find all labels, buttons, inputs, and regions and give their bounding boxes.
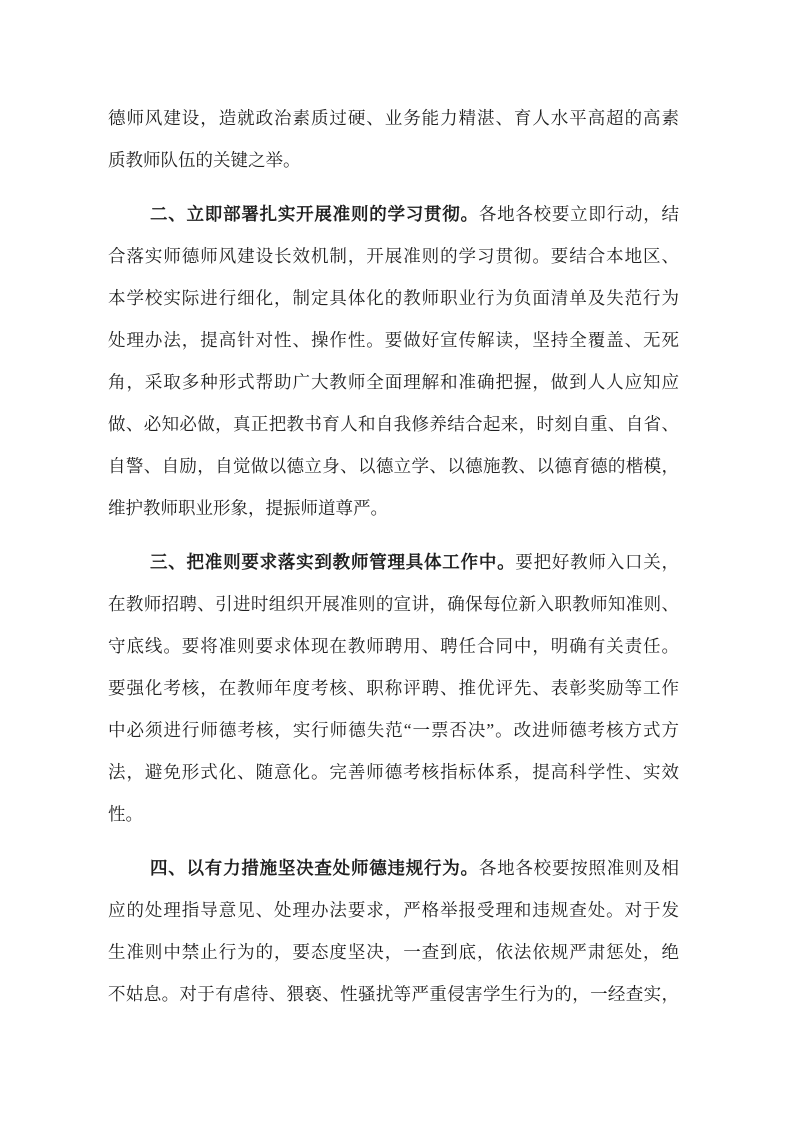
section-heading: 四、以有力措施坚决查处师德违规行为。: [150, 858, 479, 878]
section-lead-line: 二、立即部署扎实开展准则的学习贯彻。各地各校要立即行动，结: [108, 193, 679, 235]
text-line: 处理办法，提高针对性、操作性。要做好宣传解读，坚持全覆盖、无死: [108, 319, 679, 361]
paragraph-section-4: 四、以有力措施坚决查处师德违规行为。各地各校要按照准则及相 应的处理指导意见、处…: [108, 847, 679, 1015]
text-line: 中必须进行师德考核，实行师德失范“一票否决”。改进师德考核方式方: [108, 709, 679, 751]
text-line: 守底线。要将准则要求体现在教师聘用、聘任合同中，明确有关责任。: [108, 625, 679, 667]
section-lead-line: 四、以有力措施坚决查处师德违规行为。各地各校要按照准则及相: [108, 847, 679, 889]
text-line: 做、必知必做，真正把教书育人和自我修养结合起来，时刻自重、自省、: [108, 403, 679, 445]
text-line: 质教师队伍的关键之举。: [108, 139, 679, 181]
text-line: 生准则中禁止行为的，要态度坚决，一查到底，依法依规严肃惩处，绝: [108, 931, 679, 973]
text-line: 合落实师德师风建设长效机制，开展准则的学习贯彻。要结合本地区、: [108, 235, 679, 277]
text-line: 自警、自励，自觉做以德立身、以德立学、以德施教、以德育德的楷模，: [108, 445, 679, 487]
section-lead-text: 各地各校要立即行动，结: [479, 204, 679, 224]
text-line: 性。: [108, 793, 679, 835]
text-line: 不姑息。对于有虐待、猥亵、性骚扰等严重侵害学生行为的，一经查实，: [108, 973, 679, 1015]
paragraph-continuation: 德师风建设，造就政治素质过硬、业务能力精湛、育人水平高超的高素 质教师队伍的关键…: [108, 97, 679, 181]
text-line: 本学校实际进行细化，制定具体化的教师职业行为负面清单及失范行为: [108, 277, 679, 319]
section-lead-text: 要把好教师入口关，: [515, 552, 679, 572]
text-line: 德师风建设，造就政治素质过硬、业务能力精湛、育人水平高超的高素: [108, 97, 679, 139]
text-line: 法，避免形式化、随意化。完善师德考核指标体系，提高科学性、实效: [108, 751, 679, 793]
text-line: 在教师招聘、引进时组织开展准则的宣讲，确保每位新入职教师知准则、: [108, 583, 679, 625]
section-heading: 三、把准则要求落实到教师管理具体工作中。: [150, 552, 515, 572]
text-line: 应的处理指导意见、处理办法要求，严格举报受理和违规查处。对于发: [108, 889, 679, 931]
section-lead-line: 三、把准则要求落实到教师管理具体工作中。要把好教师入口关，: [108, 541, 679, 583]
section-lead-text: 各地各校要按照准则及相: [479, 858, 679, 878]
text-line: 维护教师职业形象，提振师道尊严。: [108, 487, 679, 529]
text-line: 要强化考核，在教师年度考核、职称评聘、推优评先、表彰奖励等工作: [108, 667, 679, 709]
document-page: 德师风建设，造就政治素质过硬、业务能力精湛、育人水平高超的高素 质教师队伍的关键…: [0, 0, 793, 1122]
section-heading: 二、立即部署扎实开展准则的学习贯彻。: [150, 204, 479, 224]
paragraph-section-3: 三、把准则要求落实到教师管理具体工作中。要把好教师入口关， 在教师招聘、引进时组…: [108, 541, 679, 835]
paragraph-section-2: 二、立即部署扎实开展准则的学习贯彻。各地各校要立即行动，结 合落实师德师风建设长…: [108, 193, 679, 529]
text-line: 角，采取多种形式帮助广大教师全面理解和准确把握，做到人人应知应: [108, 361, 679, 403]
